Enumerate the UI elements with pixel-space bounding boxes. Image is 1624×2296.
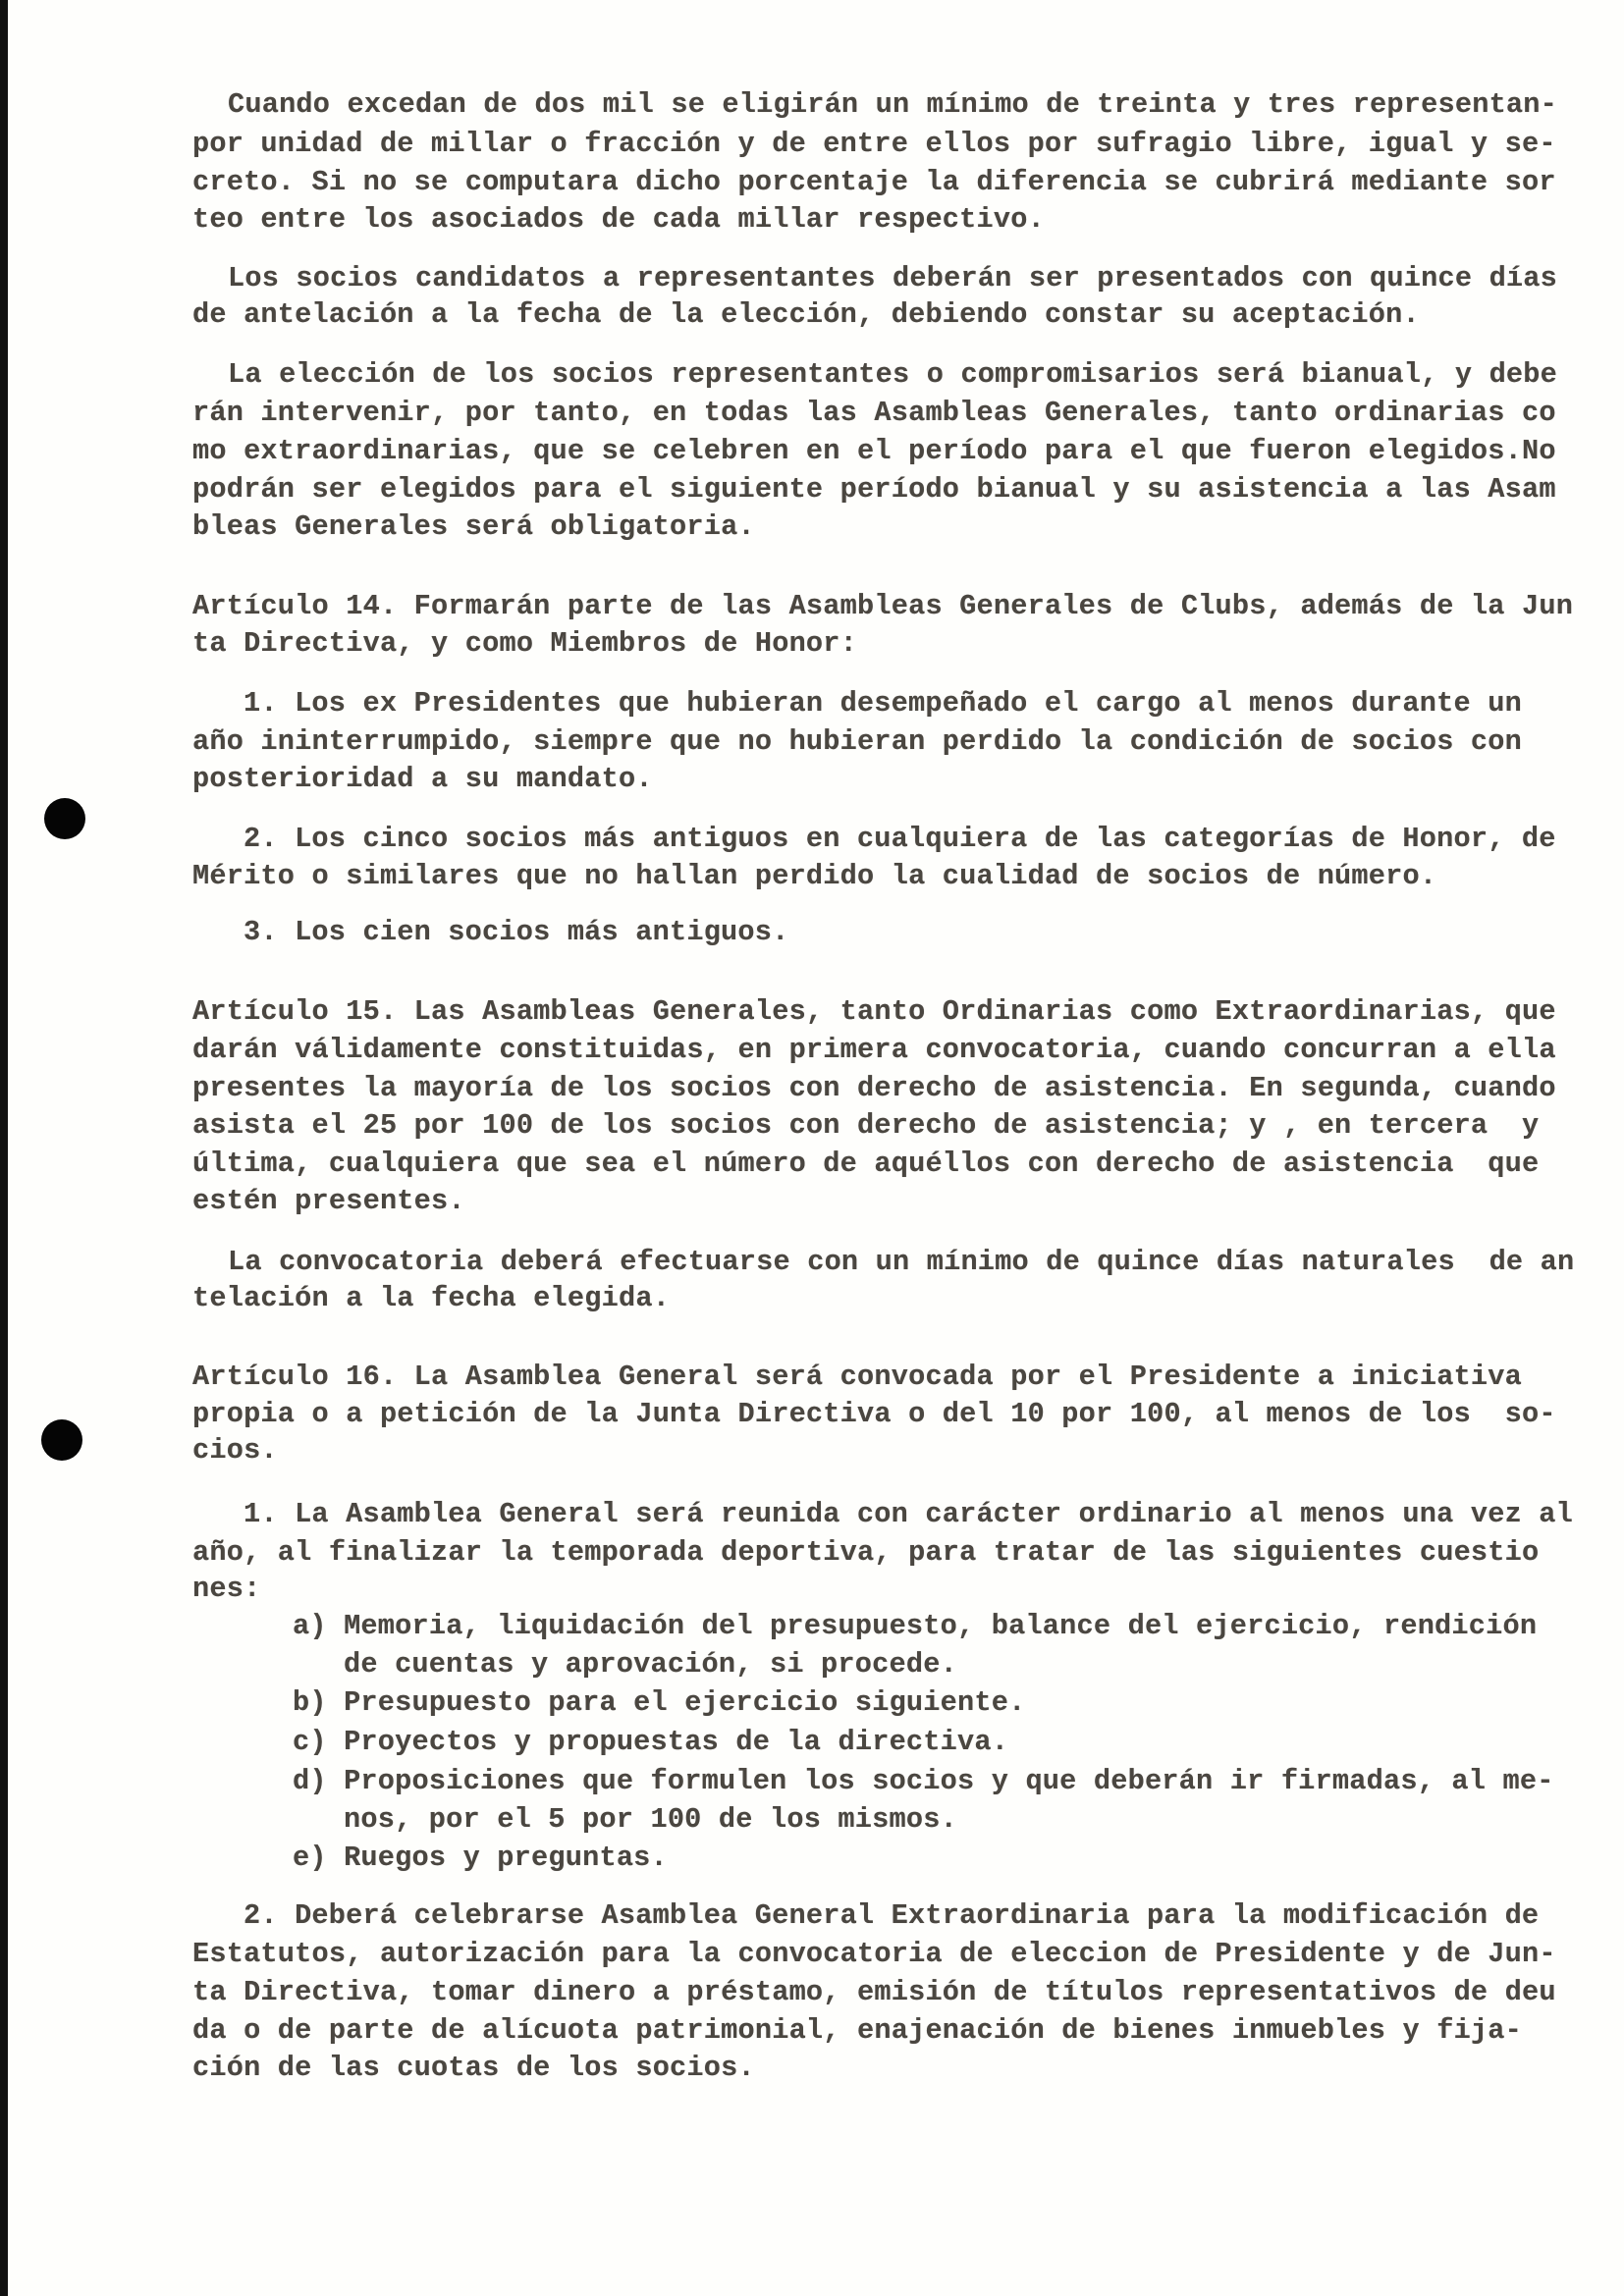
text-line: Los socios candidatos a representantes d… — [228, 260, 1557, 297]
text-line: podrán ser elegidos para el siguiente pe… — [192, 471, 1556, 508]
scan-edge — [0, 0, 8, 2296]
text-line: año ininterrumpido, siempre que no hubie… — [192, 723, 1522, 761]
text-line: ta Directiva, y como Miembros de Honor: — [192, 625, 857, 663]
text-line: cios. — [192, 1432, 278, 1469]
text-line: año, al finalizar la temporada deportiva… — [192, 1534, 1539, 1572]
text-line: de antelación a la fecha de la elección,… — [192, 296, 1420, 334]
text-line: ción de las cuotas de los socios. — [192, 2050, 755, 2087]
text-line: mo extraordinarias, que se celebren en e… — [192, 433, 1556, 470]
text-line: 1. La Asamblea General será reunida con … — [244, 1496, 1573, 1533]
text-line: La convocatoria deberá efectuarse con un… — [228, 1244, 1574, 1281]
text-line: creto. Si no se computara dicho porcenta… — [192, 164, 1556, 201]
punch-hole-icon — [41, 1419, 82, 1461]
text-line: Artículo 15. Las Asambleas Generales, ta… — [192, 993, 1556, 1031]
text-line: b) Presupuesto para el ejercicio siguien… — [293, 1684, 1025, 1722]
text-line: Artículo 14. Formarán parte de las Asamb… — [192, 588, 1573, 625]
text-line: última, cualquiera que sea el número de … — [192, 1146, 1539, 1183]
text-line: teo entre los asociados de cada millar r… — [192, 201, 1045, 239]
punch-hole-icon — [44, 798, 85, 839]
text-line: Estatutos, autorización para la convocat… — [192, 1936, 1556, 1973]
text-line: a) Memoria, liquidación del presupuesto,… — [293, 1608, 1537, 1645]
text-line: darán válidamente constituidas, en prime… — [192, 1032, 1556, 1069]
text-line: nes: — [192, 1571, 260, 1608]
text-line: por unidad de millar o fracción y de ent… — [192, 126, 1556, 163]
text-line: ta Directiva, tomar dinero a préstamo, e… — [192, 1974, 1556, 2011]
text-line: posterioridad a su mandato. — [192, 761, 653, 798]
text-line: d) Proposiciones que formulen los socios… — [293, 1763, 1554, 1800]
text-line: La elección de los socios representantes… — [228, 356, 1557, 394]
text-line: 2. Los cinco socios más antiguos en cual… — [244, 821, 1556, 858]
text-line: rán intervenir, por tanto, en todas las … — [192, 395, 1556, 432]
text-line: da o de parte de alícuota patrimonial, e… — [192, 2012, 1522, 2050]
text-line: nos, por el 5 por 100 de los mismos. — [344, 1801, 957, 1839]
text-line: Cuando excedan de dos mil se eligirán un… — [228, 86, 1557, 124]
text-line: 3. Los cien socios más antiguos. — [244, 914, 789, 951]
text-line: 1. Los ex Presidentes que hubieran desem… — [244, 685, 1522, 722]
text-line: presentes la mayoría de los socios con d… — [192, 1070, 1556, 1107]
text-line: 2. Deberá celebrarse Asamblea General Ex… — [244, 1897, 1539, 1935]
text-line: Artículo 16. La Asamblea General será co… — [192, 1359, 1522, 1396]
text-line: estén presentes. — [192, 1183, 465, 1220]
text-line: asista el 25 por 100 de los socios con d… — [192, 1107, 1539, 1145]
text-line: c) Proyectos y propuestas de la directiv… — [293, 1724, 1008, 1761]
text-line: bleas Generales será obligatoria. — [192, 508, 755, 546]
text-line: e) Ruegos y preguntas. — [293, 1840, 668, 1877]
text-line: telación a la fecha elegida. — [192, 1280, 670, 1317]
text-line: propia o a petición de la Junta Directiv… — [192, 1396, 1556, 1433]
text-line: Mérito o similares que no hallan perdido… — [192, 858, 1436, 895]
text-line: de cuentas y aprovación, si procede. — [344, 1646, 957, 1683]
